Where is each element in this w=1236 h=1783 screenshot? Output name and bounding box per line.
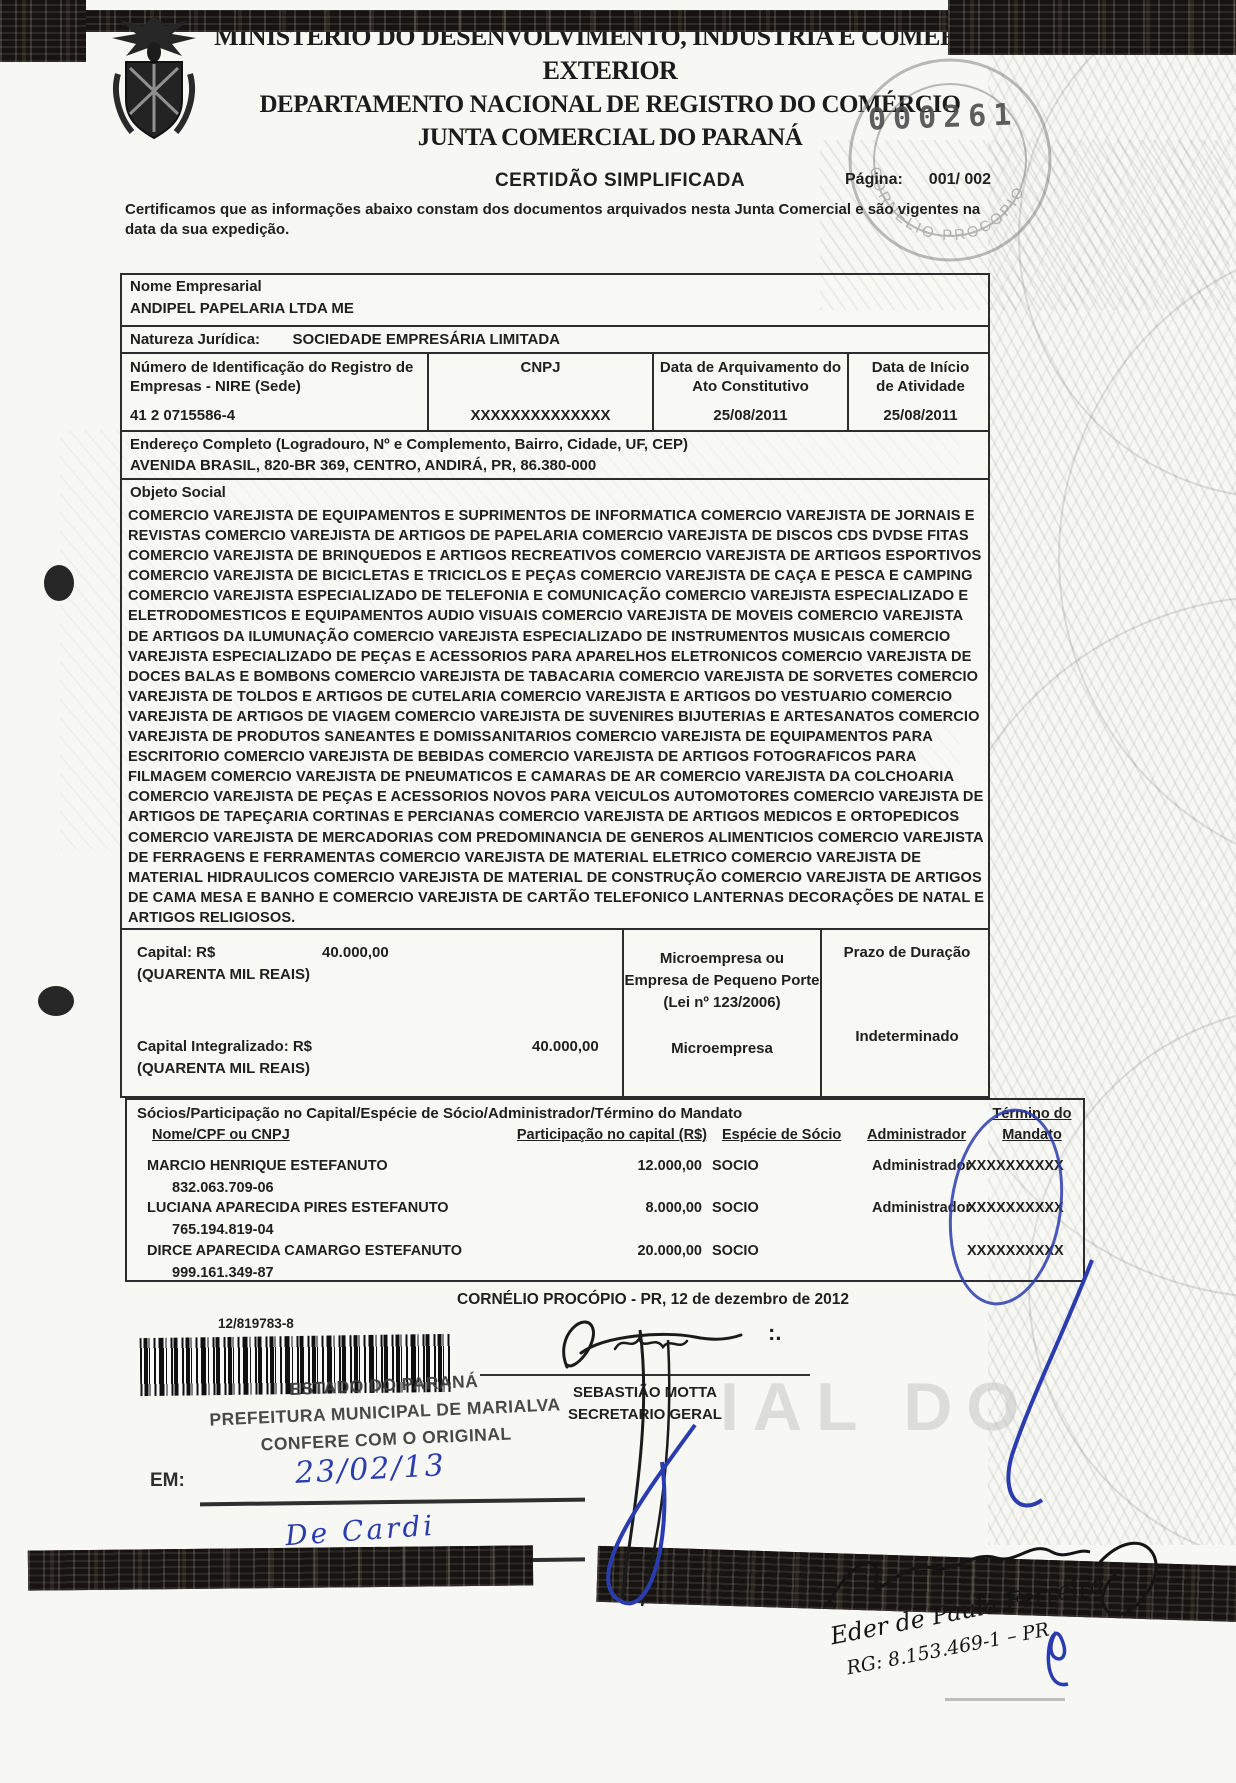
arquivamento-label-1: Data de Arquivamento do (660, 359, 841, 376)
cnpj-cell: CNPJ XXXXXXXXXXXXXX (427, 354, 652, 430)
natureza-value: SOCIEDADE EMPRESÁRIA LIMITADA (293, 331, 561, 348)
stamp-em-label: EM: (150, 1470, 185, 1492)
capital-value: 40.000,00 (322, 944, 389, 961)
socio-cpf: 999.161.349-87 (172, 1265, 274, 1281)
data-arquivamento-cell: Data de Arquivamento do Ato Constitutivo… (652, 354, 847, 430)
scan-artifact (945, 1698, 1065, 1701)
section-capital: Capital: R$ 40.000,00 (QUARENTA MIL REAI… (120, 928, 990, 1098)
divider (122, 325, 988, 327)
inicio-value: 25/08/2011 (849, 407, 992, 424)
section-socios: Sócios/Participação no Capital/Espécie d… (125, 1098, 1085, 1282)
socio-cpf: 765.194.819-04 (172, 1222, 274, 1238)
arquivamento-value: 25/08/2011 (654, 407, 847, 424)
endereco-label: Endereço Completo (Logradouro, Nº e Comp… (130, 436, 688, 453)
protocol-code: 12/819783-8 (218, 1316, 294, 1331)
nome-empresarial-value: ANDIPEL PAPELARIA LTDA ME (130, 300, 354, 317)
parana-coat-of-arms-icon (108, 14, 200, 147)
nire-value: 41 2 0715586-4 (130, 407, 427, 424)
inicio-label-2: de Atividade (876, 378, 965, 395)
document-title: CERTIDÃO SIMPLIFICADA (330, 170, 910, 192)
socio-nome: DIRCE APARECIDA CAMARGO ESTEFANUTO (147, 1243, 462, 1259)
scanned-certificate-page: MINISTÉRIO DO DESENVOLVIMENTO, INDÚSTRIA… (0, 0, 1236, 1783)
porte-label-3: (Lei nº 123/2006) (624, 994, 820, 1011)
nire-label-2: Empresas - NIRE (Sede) (130, 378, 301, 395)
col-header-especie: Espécie de Sócio (722, 1127, 841, 1143)
capital-integralizado-extenso: (QUARENTA MIL REAIS) (137, 1060, 310, 1077)
capital-integralizado-label: Capital Integralizado: R$ (137, 1038, 312, 1055)
capital-extenso: (QUARENTA MIL REAIS) (137, 966, 310, 983)
porte-cell: Microempresa ou Empresa de Pequeno Porte… (622, 930, 822, 1096)
socio-participacao: 8.000,00 (512, 1200, 702, 1216)
certification-statement: Certificamos que as informações abaixo c… (125, 200, 997, 240)
top-left-corner-ornament (0, 0, 86, 62)
porte-label-1: Microempresa ou (624, 950, 820, 967)
section-nome-empresarial: Nome Empresarial ANDIPEL PAPELARIA LTDA … (120, 273, 990, 354)
nome-empresarial-label: Nome Empresarial (130, 278, 262, 295)
data-inicio-cell: Data de Início de Atividade 25/08/2011 (847, 354, 992, 430)
capital-integralizado-value: 40.000,00 (532, 1038, 599, 1055)
nire-cell: Número de Identificação do Registro de E… (122, 354, 427, 430)
secretary-signature-icon (545, 1305, 775, 1390)
hole-punch (44, 565, 74, 601)
prazo-cell: Prazo de Duração Indeterminado (822, 930, 992, 1096)
section-endereco: Endereço Completo (Logradouro, Nº e Comp… (120, 430, 990, 480)
col-header-participacao: Participação no capital (R$) (487, 1127, 707, 1143)
inicio-label-1: Data de Início (872, 359, 970, 376)
capital-label: Capital: R$ (137, 944, 215, 961)
prazo-label: Prazo de Duração (822, 944, 992, 961)
socio-nome: LUCIANA APARECIDA PIRES ESTEFANUTO (147, 1200, 449, 1216)
hole-punch (38, 986, 74, 1016)
socio-especie: SOCIO (712, 1200, 759, 1216)
page-number: Página:001/ 002 (845, 171, 991, 189)
bottom-left-ornament-band (28, 1545, 533, 1590)
stamp-date-line (200, 1498, 585, 1507)
endereco-value: AVENIDA BRASIL, 820-BR 369, CENTRO, ANDI… (130, 457, 596, 474)
round-ink-stamp: CORNELIO PROCOPIO (840, 50, 1060, 275)
socio-especie: SOCIO (712, 1158, 759, 1174)
page-number-label: Página: (845, 171, 903, 188)
prazo-value: Indeterminado (822, 1028, 992, 1045)
cnpj-label: CNPJ (429, 358, 652, 377)
protocol-number-stamp: 000261 (867, 97, 1019, 137)
arquivamento-label-2: Ato Constitutivo (692, 378, 809, 395)
socio-cpf: 832.063.709-06 (172, 1180, 274, 1196)
socio-participacao: 12.000,00 (512, 1158, 702, 1174)
cnpj-value: XXXXXXXXXXXXXX (429, 407, 652, 424)
signature-ink-marks: :. (768, 1320, 781, 1346)
porte-value: Microempresa (624, 1040, 820, 1057)
socios-title: Sócios/Participação no Capital/Espécie d… (137, 1105, 742, 1122)
objeto-social-label: Objeto Social (130, 484, 226, 501)
natureza-juridica-row: Natureza Jurídica: SOCIEDADE EMPRESÁRIA … (130, 331, 560, 349)
socio-especie: SOCIO (712, 1243, 759, 1259)
porte-label-2: Empresa de Pequeno Porte (624, 972, 820, 989)
objeto-social-text: COMERCIO VAREJISTA DE EQUIPAMENTOS E SUP… (128, 506, 986, 926)
section-objeto-social: Objeto Social COMERCIO VAREJISTA DE EQUI… (120, 478, 990, 930)
col-header-admin: Administrador (867, 1127, 966, 1143)
socio-nome: MARCIO HENRIQUE ESTEFANUTO (147, 1158, 388, 1174)
natureza-label: Natureza Jurídica: (130, 331, 260, 348)
section-registro: Número de Identificação do Registro de E… (120, 352, 990, 432)
nire-label-1: Número de Identificação do Registro de (130, 359, 413, 376)
page-number-value: 001/ 002 (929, 171, 991, 188)
top-right-corner-ornament (948, 0, 1236, 55)
col-header-nome: Nome/CPF ou CNPJ (152, 1127, 290, 1143)
handwritten-date: 23/02/13 (294, 1448, 446, 1491)
socio-participacao: 20.000,00 (512, 1243, 702, 1259)
